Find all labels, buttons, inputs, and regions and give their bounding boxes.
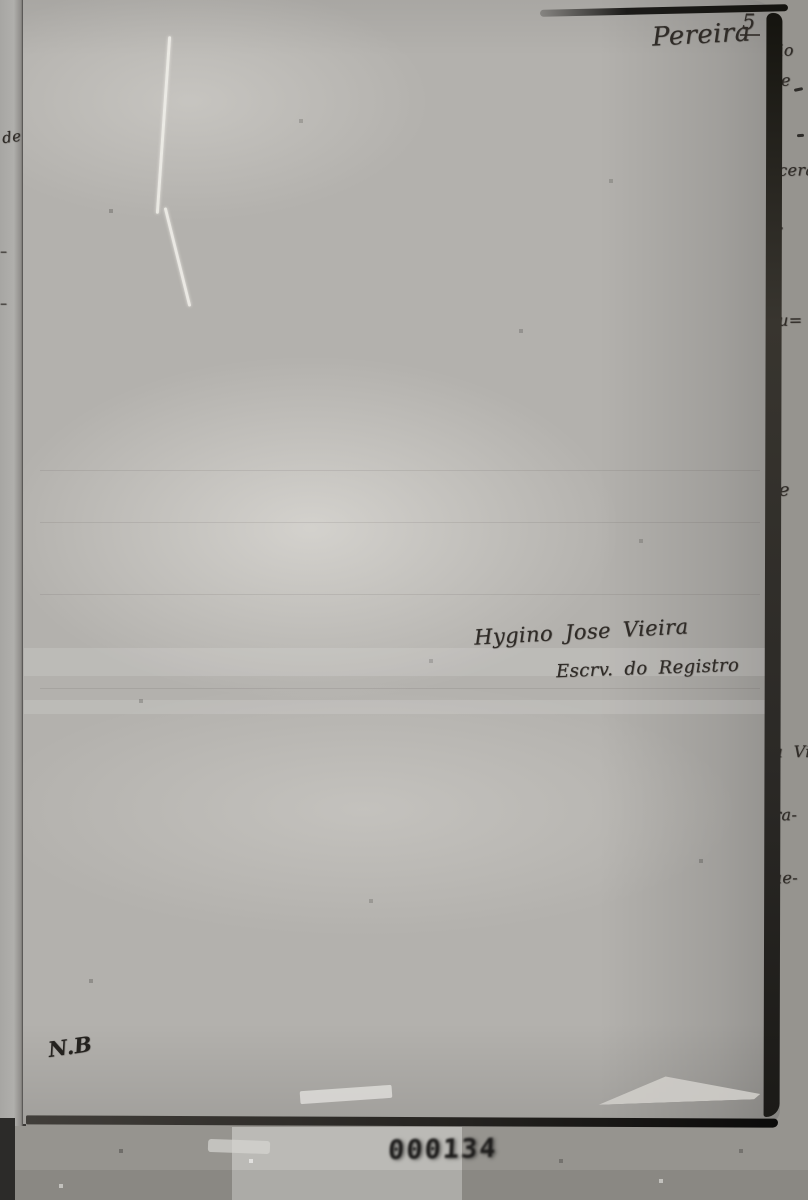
facing-page-text-fragment: – — [0, 244, 7, 260]
facing-page-text-fragment: de — [1, 127, 23, 148]
scan-line-artifact — [40, 594, 760, 595]
paper-speckles — [0, 0, 2, 2]
facing-page-text-fragment: – — [0, 296, 7, 312]
paper-fragment — [208, 1139, 270, 1154]
scan-band-artifact — [24, 700, 778, 714]
paper-right-edge — [764, 13, 783, 1117]
serial-number-stamp: 000134 — [387, 1133, 498, 1166]
manuscript-paper — [23, 0, 780, 1124]
margin-ink-mark — [797, 134, 804, 138]
paper-bottom-edge — [26, 1115, 778, 1127]
page-number: 5 — [740, 10, 760, 36]
margin-ink-mark — [794, 87, 803, 92]
page-rubric: Pereira — [651, 17, 751, 52]
scan-line-artifact — [40, 470, 760, 471]
scan-edge-shadow — [0, 1118, 15, 1200]
scan-bed-shadow — [0, 1170, 808, 1200]
scan-line-artifact — [40, 688, 760, 689]
scan-line-artifact — [40, 522, 760, 523]
scanned-register-page: { "doc": { "rubric": "Pereira", "page_nu… — [0, 0, 808, 1200]
